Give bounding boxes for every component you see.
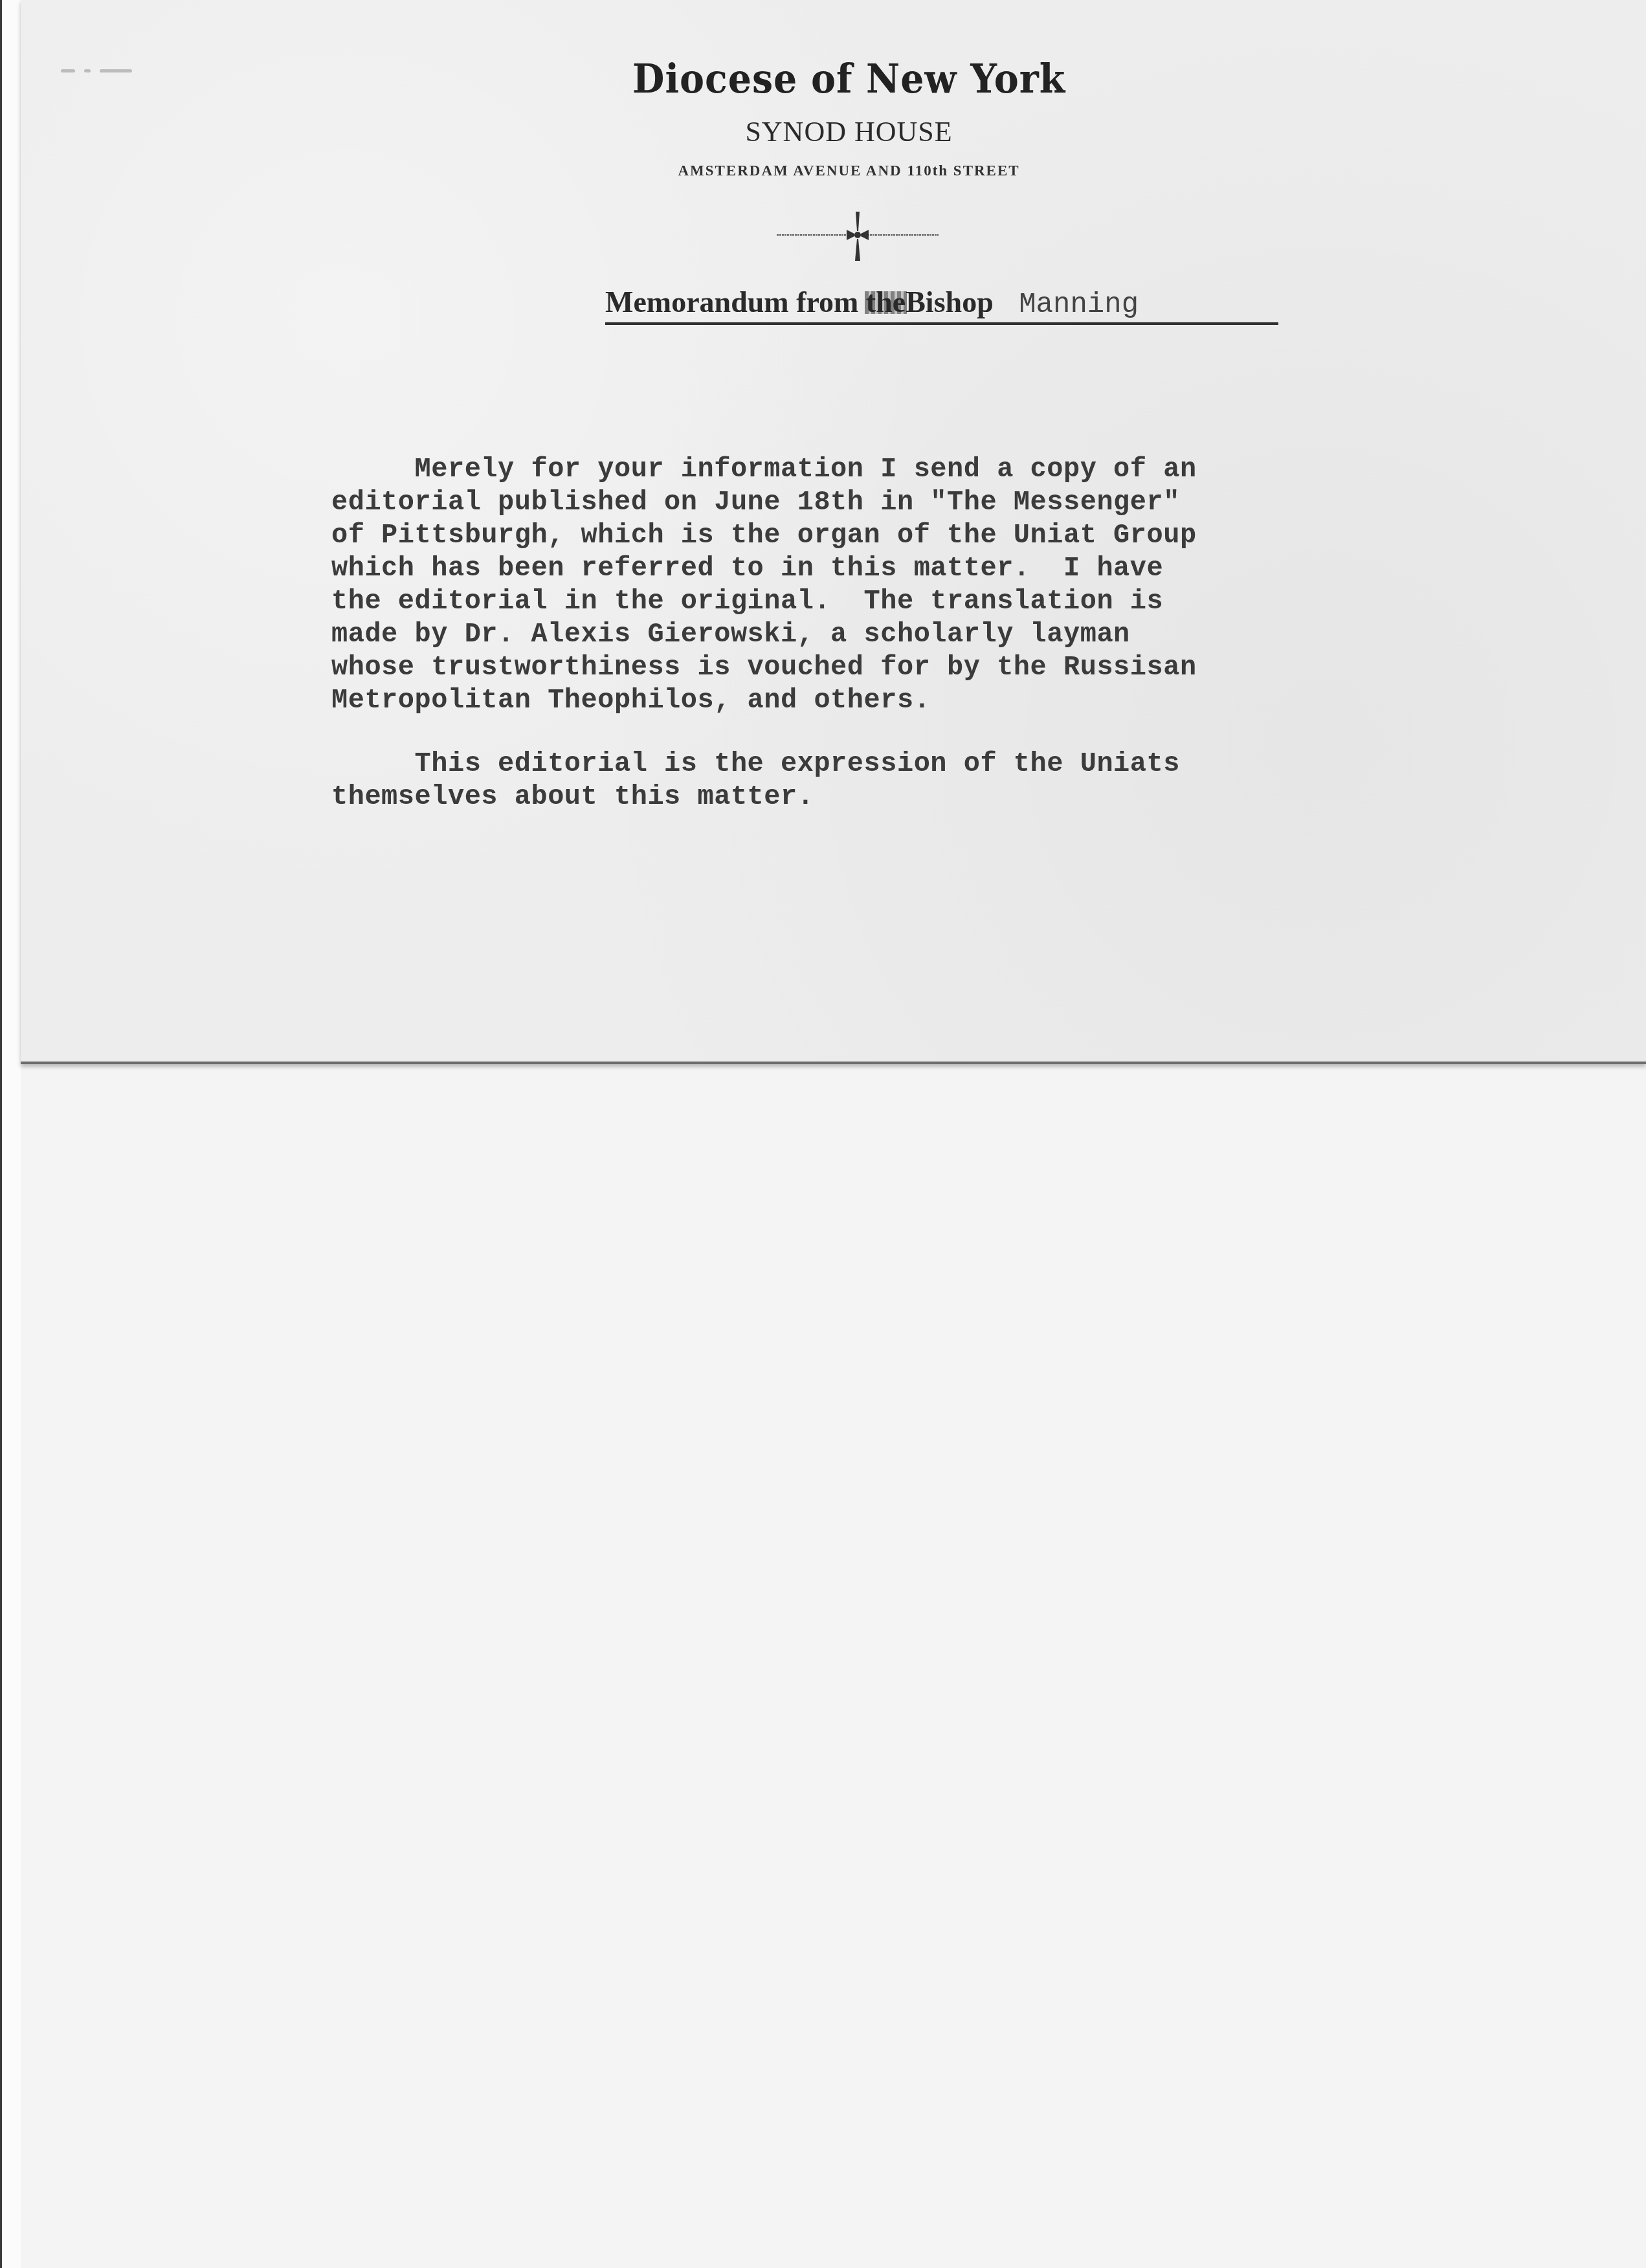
scanner-edge (0, 0, 21, 2268)
memo-body: Merely for your information I send a cop… (331, 453, 1393, 814)
cross-icon (777, 210, 939, 262)
memo-heading-title: Bishop (906, 285, 994, 318)
heading-underline (605, 322, 1278, 325)
body-line: This editorial is the expression of the … (331, 748, 1393, 781)
body-line: the editorial in the original. The trans… (331, 585, 1393, 618)
building-name: SYNOD HOUSE (52, 115, 1646, 148)
body-line: made by Dr. Alexis Gierowski, a scholarl… (331, 618, 1393, 651)
struck-word: the (866, 285, 906, 319)
body-line: of Pittsburgh, which is the organ of the… (331, 519, 1393, 552)
letterhead: Diocese of New York SYNOD HOUSE AMSTERDA… (0, 55, 1646, 179)
typed-bishop-name: Manning (1019, 289, 1139, 321)
memo-heading: Memorandum from theBishop Manning (605, 285, 1278, 321)
body-line: which has been referred to in this matte… (331, 552, 1393, 585)
paragraph-2: This editorial is the expression of the … (331, 748, 1393, 814)
body-line: themselves about this matter. (331, 781, 1393, 814)
street-address: AMSTERDAM AVENUE AND 110th STREET (52, 162, 1646, 179)
memo-heading-prefix: Memorandum from (605, 285, 858, 318)
paragraph-1: Merely for your information I send a cop… (331, 453, 1393, 717)
body-line: whose trustworthiness is vouched for by … (331, 651, 1393, 684)
body-line: Metropolitan Theophilos, and others. (331, 684, 1393, 717)
paragraph-gap (331, 717, 1393, 748)
diocese-name: Diocese of New York (632, 55, 1065, 102)
body-line: Merely for your information I send a cop… (331, 453, 1393, 486)
body-line: editorial published on June 18th in "The… (331, 486, 1393, 519)
